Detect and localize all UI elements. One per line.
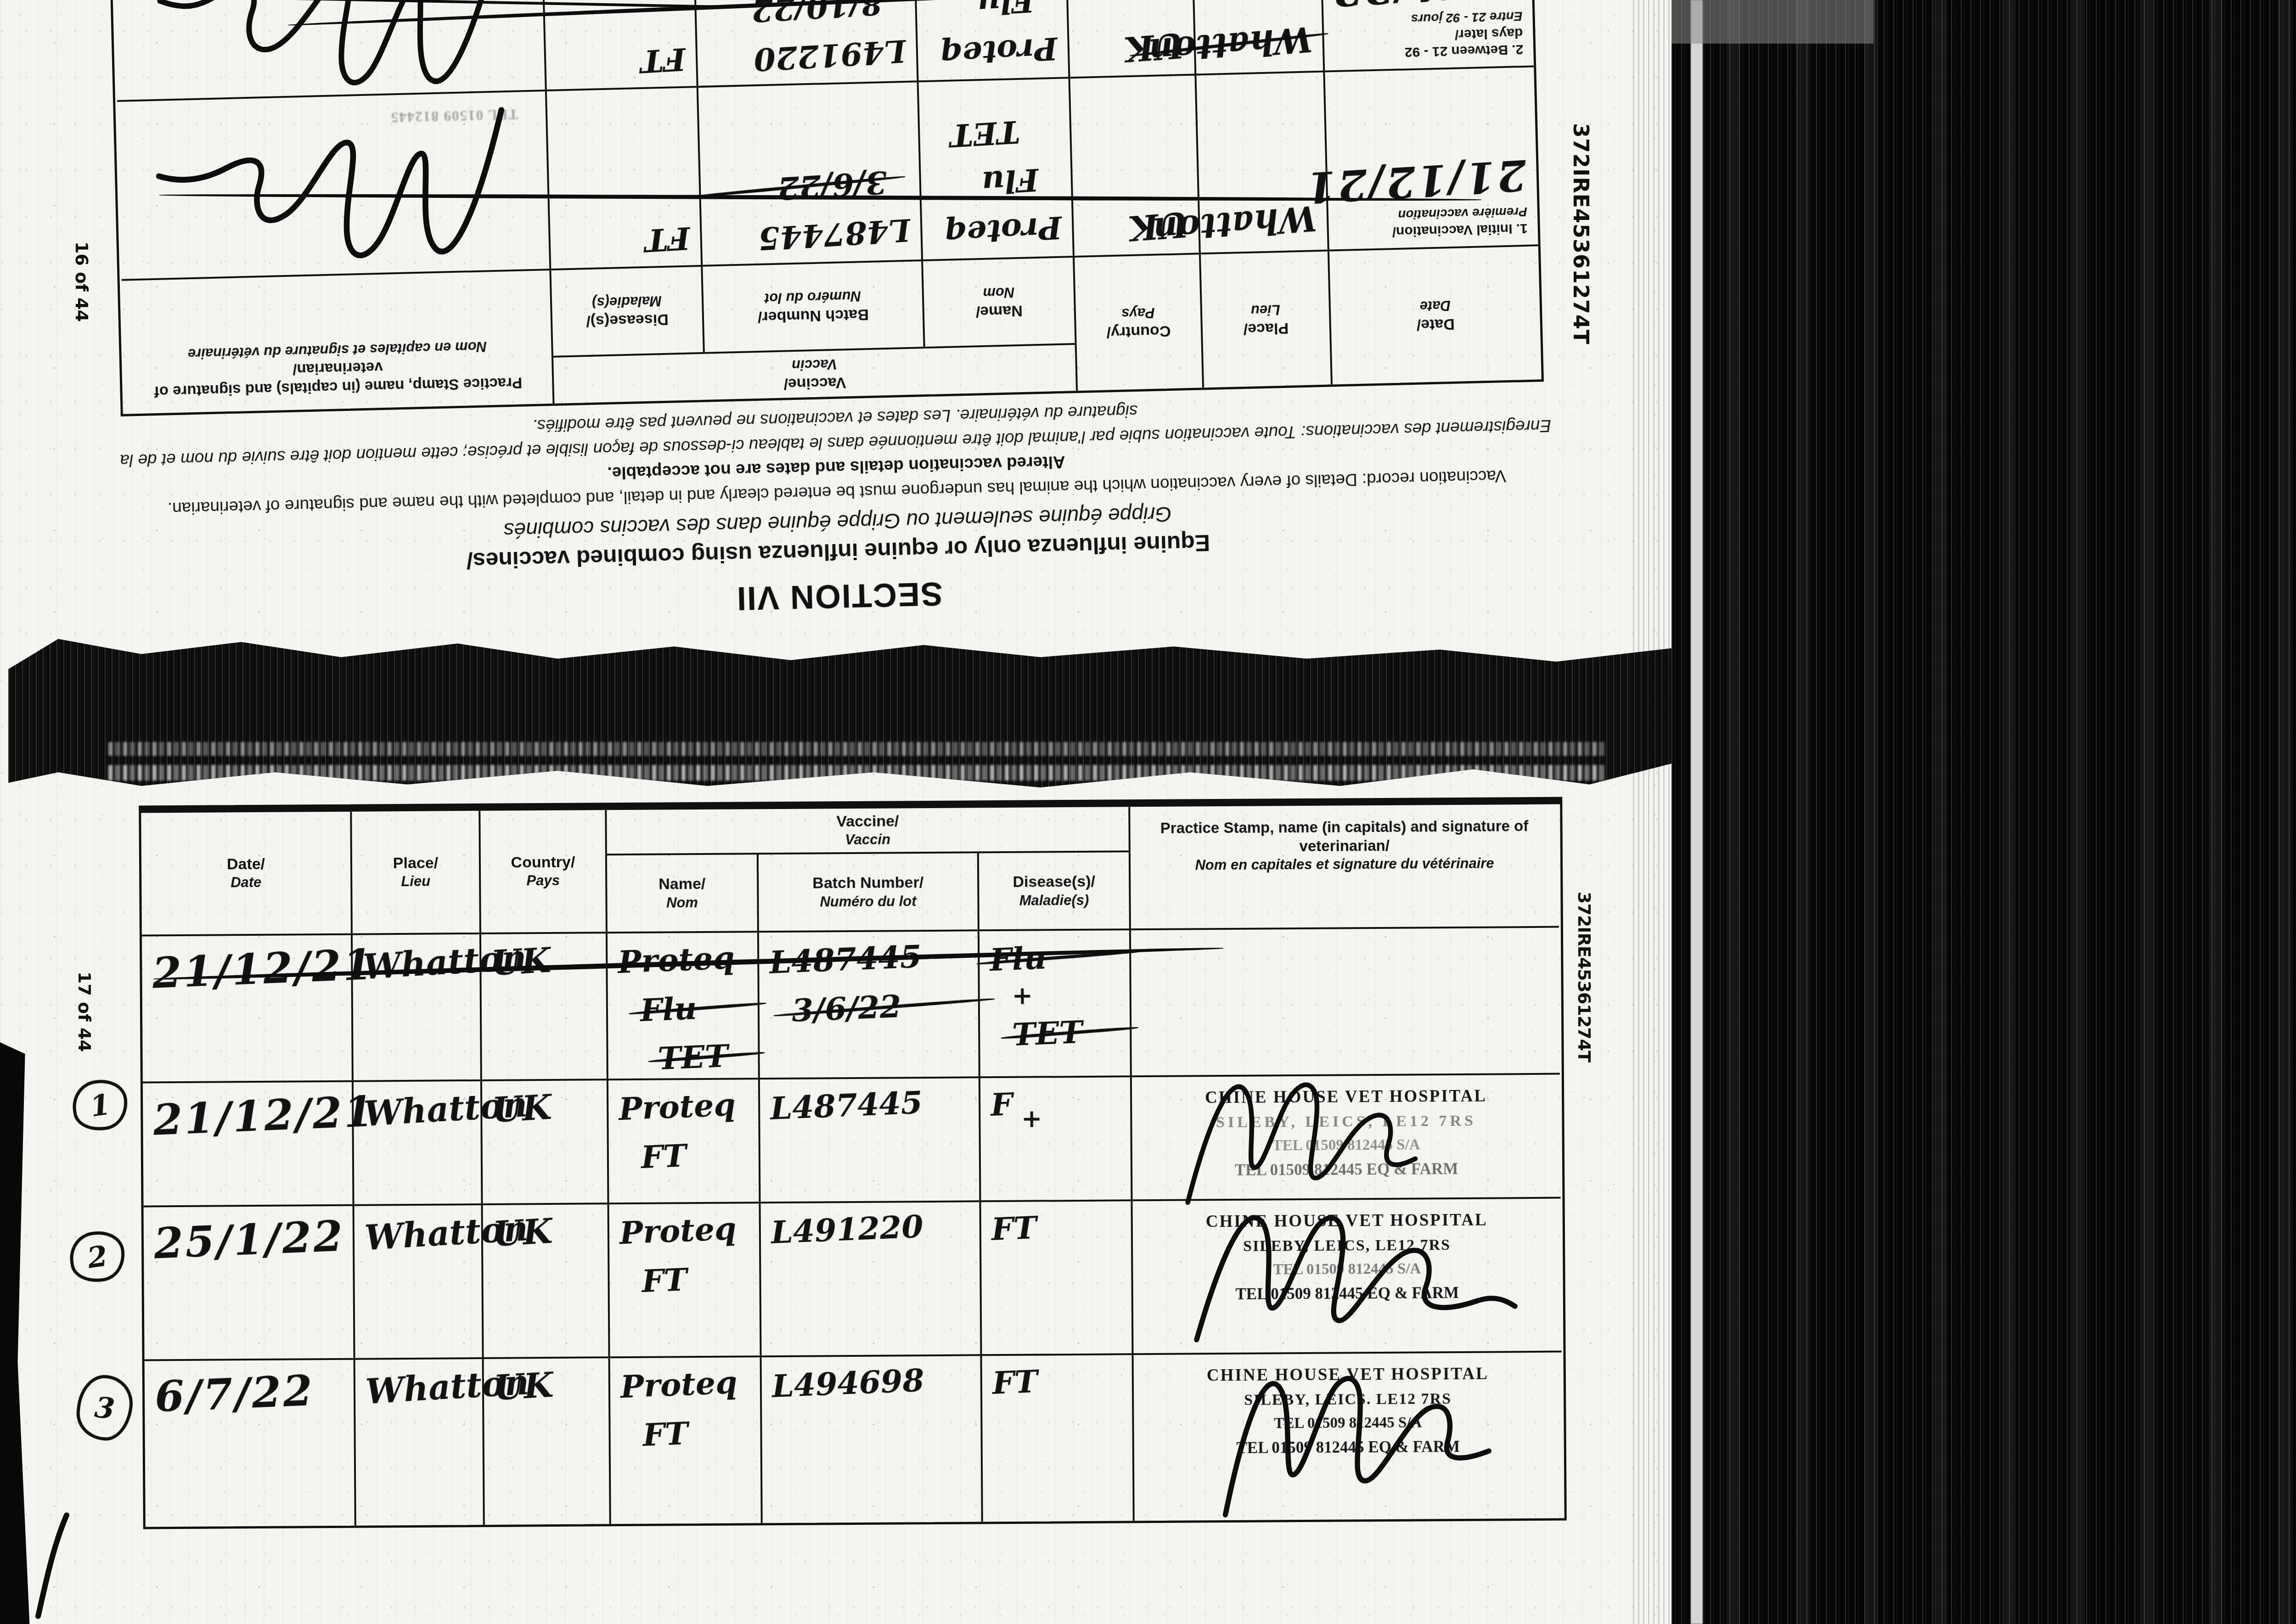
handwritten-batch: L487445 — [706, 211, 912, 260]
handwritten-disease-struck: TET — [1012, 1012, 1126, 1053]
cell-date-row2: 2. Between 21 - 92 days later/ Entre 21 … — [1321, 0, 1534, 73]
cell-name: Proteq FT — [608, 1355, 761, 1524]
cell-stamp: CHINE HOUSE VET HOSPITAL SILEBY, LEICS, … — [1131, 1197, 1561, 1354]
header-practice-stamp: Practice Stamp, name (in capitals) and s… — [122, 270, 555, 414]
handwritten-date: 25/1/22 — [153, 1211, 345, 1269]
handwritten-disease: FT — [644, 219, 691, 259]
page-label-17: 17 of 44 — [74, 972, 95, 1052]
header-name: Name/Nom — [923, 258, 1077, 348]
practice-stamp: CHINE HOUSE VET HOSPITAL SILEBY, LEICS, … — [1137, 1210, 1557, 1349]
cell-name-row2: Proteq Flu — [914, 0, 1070, 82]
practice-stamp: CHINE HOUSE VET HOSPITAL SILEBY, LEICS, … — [1137, 1086, 1556, 1195]
handwritten-vaccine-name: TET — [923, 113, 1021, 155]
header-vaccine: Vaccine/Vaccin — [605, 807, 1129, 854]
practice-stamp: CHINE HOUSE VET HOSPITAL SILEBY, LEICS. … — [1138, 1364, 1558, 1517]
handwritten-vaccine-name: FT — [641, 1259, 755, 1300]
cell-disease-row1: FT — [547, 88, 703, 270]
signature — [141, 99, 531, 283]
handwritten-vaccine-name: Flu — [920, 0, 1035, 25]
scan-light-slit — [1691, 0, 1703, 1624]
scanner-black-margin — [1671, 0, 2296, 1624]
handwritten-plus: + — [1021, 1103, 1042, 1133]
illegible-inverted-text — [108, 742, 1607, 756]
handwritten-disease: F — [990, 1086, 1014, 1124]
cell-date: 21/12/21 — [142, 933, 352, 1082]
handwritten-vaccine-name-struck: TET — [657, 1037, 754, 1077]
stamp-fragment: TEL 01509 812445 — [390, 106, 518, 126]
scanned-passport-spread: SECTION VII Equine influenza only or equ… — [0, 0, 2296, 1624]
handwritten-country: UK — [490, 941, 552, 983]
cell-date: 21/12/21 — [143, 1080, 353, 1206]
cell-batch: L494698 — [760, 1354, 981, 1523]
cell-disease: FT — [980, 1353, 1133, 1522]
handwritten-disease: FT — [639, 40, 687, 80]
handwritten-country: UK — [492, 1212, 554, 1254]
header-country: Country/Pays — [478, 810, 606, 933]
cell-country-row1: UK — [1070, 75, 1201, 258]
header-batch: Batch Number/Numéro du lot — [757, 851, 978, 931]
handwritten-country: UK — [1127, 204, 1189, 248]
cell-stamp: CHINE HOUSE VET HOSPITAL SILEBY, LEICS. … — [1132, 1351, 1563, 1521]
handwritten-date: 21/12/21 — [151, 939, 375, 998]
cell-name: Proteq FT — [608, 1202, 760, 1356]
cell-date-row1: 1. Initial Vaccination/ Première vaccina… — [1325, 67, 1538, 251]
cell-stamp: CHINE HOUSE VET HOSPITAL SILEBY, LEICS, … — [1130, 1073, 1561, 1200]
header-date: Date/Date — [141, 812, 351, 935]
cell-name: Proteq Flu TET — [606, 931, 758, 1079]
scan-artifact-band — [8, 636, 1673, 787]
header-name: Name/Nom — [605, 853, 757, 932]
handwritten-vaccine-name: FT — [640, 1135, 754, 1176]
handwritten-country: UK — [493, 1366, 555, 1408]
handwritten-date: 6/7/22 — [154, 1366, 315, 1422]
header-batch: Batch Number/Numéro du lot — [703, 261, 925, 354]
page-label-16: 16 of 44 — [72, 242, 92, 322]
scan-id-code: 372IRE45361274T — [1569, 123, 1593, 344]
cell-name-row1: Proteq Flu TET — [919, 79, 1075, 261]
header-disease: Disease(s)/Maladie(s) — [977, 850, 1129, 929]
cell-country: UK — [482, 1356, 609, 1525]
handwritten-vaccine-name: FT — [642, 1412, 756, 1454]
cell-disease: FT — [979, 1199, 1132, 1354]
cell-batch-row2: L491220 8/10/22 — [694, 0, 918, 88]
vaccination-table-page17: Date/Date Place/Lieu Country/Pays Vaccin… — [139, 797, 1567, 1529]
vaccination-table-page16: Date/Date Place/Lieu Country/Pays Vaccin… — [109, 0, 1544, 416]
cell-date: 25/1/22 — [144, 1204, 354, 1360]
handwritten-batch-struck: 3/6/22 — [704, 163, 888, 211]
handwritten-batch: L487445 — [770, 1084, 923, 1127]
handwritten-batch: L491220 — [770, 1208, 924, 1251]
handwritten-disease: FT — [991, 1363, 1038, 1402]
cell-batch: L487445 — [758, 1076, 979, 1202]
handwritten-vaccine-name: Proteq — [618, 1085, 754, 1128]
scan-id-code: 372IRE45361274T — [1574, 892, 1594, 1062]
handwritten-vaccine-name: Proteq — [619, 1209, 755, 1252]
cell-stamp-row1: TEL 01509 812445 — [117, 91, 551, 281]
handwritten-batch: L491220 — [701, 32, 907, 81]
cell-place-row1: Whatton — [1196, 73, 1329, 255]
cell-place: Whatton — [353, 1203, 482, 1358]
cell-batch-row1: L487445 3/6/22 — [698, 82, 923, 267]
cell-country: UK — [479, 932, 607, 1079]
handwritten-date: 21/12/21 — [1303, 150, 1528, 213]
scan-edge-texture — [1633, 0, 1671, 1624]
handwritten-vaccine-name: Proteq — [619, 1363, 756, 1405]
handwritten-vaccine-name: Proteq — [922, 30, 1058, 74]
cell-name: Proteq FT — [607, 1078, 759, 1203]
header-place: Place/Lieu — [1201, 251, 1333, 388]
handwritten-plus: + — [1012, 980, 1125, 1010]
cell-country-row2: UK — [1066, 0, 1196, 79]
header-disease: Disease(s)/Maladie(s) — [551, 267, 705, 358]
handwritten-disease: FT — [990, 1209, 1037, 1248]
header-date: Date/Date — [1329, 246, 1542, 384]
scan-corner-smudge — [1671, 0, 1874, 44]
handwritten-disease-struck: Flu — [989, 936, 1125, 978]
header-practice-stamp: Practice Stamp, name (in capitals) and s… — [1128, 804, 1559, 929]
cell-country: UK — [481, 1203, 608, 1357]
handwritten-country: UK — [491, 1088, 553, 1130]
header-place: Place/Lieu — [350, 811, 479, 933]
cell-place: Whatton — [352, 1079, 481, 1204]
page-16-rotated: SECTION VII Equine influenza only or equ… — [79, 0, 1583, 635]
handwritten-batch-struck: 3/6/22 — [791, 985, 974, 1029]
cell-place: Whatton — [354, 1357, 483, 1526]
cell-batch: L491220 — [759, 1200, 980, 1355]
handwritten-batch: L494698 — [771, 1362, 925, 1405]
stray-pen-stroke — [25, 1511, 80, 1621]
cell-place-row2: Whatton — [1192, 0, 1325, 75]
handwritten-vaccine-name: Proteq — [926, 209, 1063, 253]
cell-disease: F + — [979, 1075, 1131, 1200]
header-country: Country/Pays — [1075, 254, 1204, 391]
cell-batch: L487445 3/6/22 — [757, 929, 979, 1078]
cell-country: UK — [480, 1079, 608, 1203]
handwritten-vaccine-name-struck: Flu — [639, 988, 754, 1029]
cell-date: 6/7/22 — [145, 1358, 355, 1527]
handwritten-country: UK — [1123, 25, 1185, 69]
handwritten-date: 21/12/21 — [152, 1086, 376, 1145]
cell-place: Whatton — [351, 933, 480, 1080]
